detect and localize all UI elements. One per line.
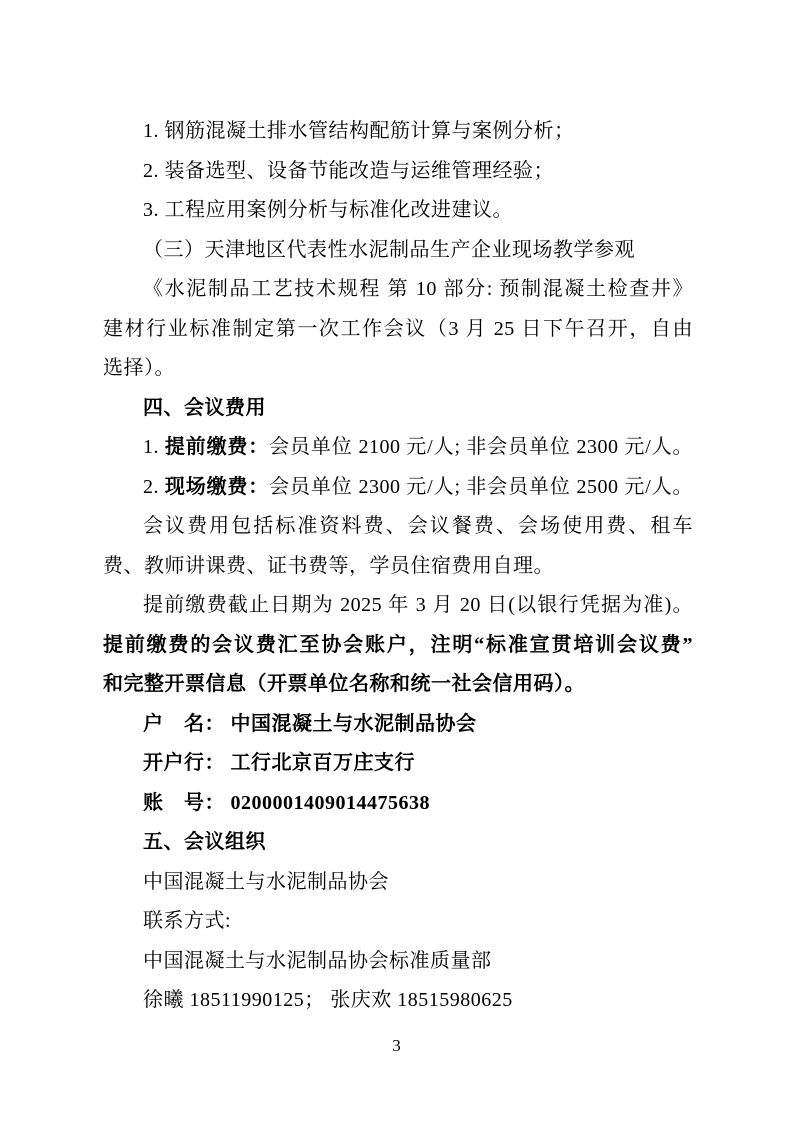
body-text: 提前缴费的会议费汇至协会账户，注明“标准宣贯培训会议费” <box>103 634 693 656</box>
body-text: 选择）。 <box>103 357 175 379</box>
body-text: 现场缴费： <box>165 476 269 498</box>
text-line-18: 账 号： 0200001409014475638 <box>103 784 693 824</box>
text-line-17: 开户行： 工行北京百万庄支行 <box>103 744 693 784</box>
body-text: （三）天津地区代表性水泥制品生产企业现场教学参观 <box>143 239 635 261</box>
body-text: 会员单位 2100 元/人; 非会员单位 2300 元/人。 <box>269 436 693 458</box>
body-text: 3. 工程应用案例分析与标准化改进建议。 <box>143 199 513 221</box>
body-text: 1. 钢筋混凝土排水管结构配筋计算与案例分析； <box>143 120 575 142</box>
body-text: 建材行业标准制定第一次工作会议（3 月 25 日下午召开，自由 <box>103 318 693 340</box>
body-text: 中国混凝土与水泥制品协会 <box>143 871 389 893</box>
text-line-10: 2. 现场缴费：会员单位 2300 元/人; 非会员单位 2500 元/人。 <box>103 468 693 508</box>
text-line-23: 徐曦 18511990125； 张庆欢 18515980625 <box>103 981 693 1021</box>
text-line-16: 户 名： 中国混凝土与水泥制品协会 <box>103 705 693 745</box>
body-text: 徐曦 18511990125； 张庆欢 18515980625 <box>143 989 513 1011</box>
text-line-20: 中国混凝土与水泥制品协会 <box>103 863 693 903</box>
body-text: 2. 装备选型、设备节能改造与运维管理经验； <box>143 160 554 182</box>
document-page: 1. 钢筋混凝土排水管结构配筋计算与案例分析；2. 装备选型、设备节能改造与运维… <box>0 0 793 1122</box>
body-text: 会议费用包括标准资料费、会议餐费、会场使用费、租车 <box>143 515 693 537</box>
body-text: 提前缴费截止日期为 2025 年 3 月 20 日(以银行凭据为准)。 <box>143 594 693 616</box>
body-text: 账 号： 0200001409014475638 <box>143 792 430 814</box>
body-text: 1. <box>143 436 165 458</box>
page-number: 3 <box>0 1032 793 1060</box>
text-line-4: （三）天津地区代表性水泥制品生产企业现场教学参观 <box>103 231 693 271</box>
body-text: 联系方式: <box>143 910 231 932</box>
text-line-13: 提前缴费截止日期为 2025 年 3 月 20 日(以银行凭据为准)。 <box>103 586 693 626</box>
body-text: 开户行： 工行北京百万庄支行 <box>143 752 415 774</box>
section-heading-text: 四、会议费用 <box>143 397 266 419</box>
text-line-9: 1. 提前缴费：会员单位 2100 元/人; 非会员单位 2300 元/人。 <box>103 428 693 468</box>
section-heading-text: 五、会议组织 <box>143 831 266 853</box>
text-line-15: 和完整开票信息（开票单位名称和统一社会信用码）。 <box>103 665 693 705</box>
text-line-6: 建材行业标准制定第一次工作会议（3 月 25 日下午召开，自由 <box>103 310 693 350</box>
text-line-3: 3. 工程应用案例分析与标准化改进建议。 <box>103 191 693 231</box>
body-text: 中国混凝土与水泥制品协会标准质量部 <box>143 950 492 972</box>
document-body: 1. 钢筋混凝土排水管结构配筋计算与案例分析；2. 装备选型、设备节能改造与运维… <box>103 112 693 1021</box>
body-text: 费、教师讲课费、证书费等，学员住宿费用自理。 <box>103 555 554 577</box>
text-line-21: 联系方式: <box>103 902 693 942</box>
body-text: 户 名： 中国混凝土与水泥制品协会 <box>143 713 477 735</box>
body-text: 《水泥制品工艺技术规程 第 10 部分: 预制混凝土检查井》 <box>143 278 693 300</box>
text-line-7: 选择）。 <box>103 349 693 389</box>
body-text: 和完整开票信息（开票单位名称和统一社会信用码）。 <box>103 673 585 695</box>
text-line-14: 提前缴费的会议费汇至协会账户，注明“标准宣贯培训会议费” <box>103 626 693 666</box>
text-line-11: 会议费用包括标准资料费、会议餐费、会场使用费、租车 <box>103 507 693 547</box>
text-line-19: 五、会议组织 <box>103 823 693 863</box>
body-text: 会员单位 2300 元/人; 非会员单位 2500 元/人。 <box>269 476 693 498</box>
text-line-5: 《水泥制品工艺技术规程 第 10 部分: 预制混凝土检查井》 <box>103 270 693 310</box>
body-text: 提前缴费： <box>165 436 269 458</box>
text-line-1: 1. 钢筋混凝土排水管结构配筋计算与案例分析； <box>103 112 693 152</box>
text-line-8: 四、会议费用 <box>103 389 693 429</box>
body-text: 2. <box>143 476 165 498</box>
text-line-2: 2. 装备选型、设备节能改造与运维管理经验； <box>103 152 693 192</box>
text-line-22: 中国混凝土与水泥制品协会标准质量部 <box>103 942 693 982</box>
text-line-12: 费、教师讲课费、证书费等，学员住宿费用自理。 <box>103 547 693 587</box>
